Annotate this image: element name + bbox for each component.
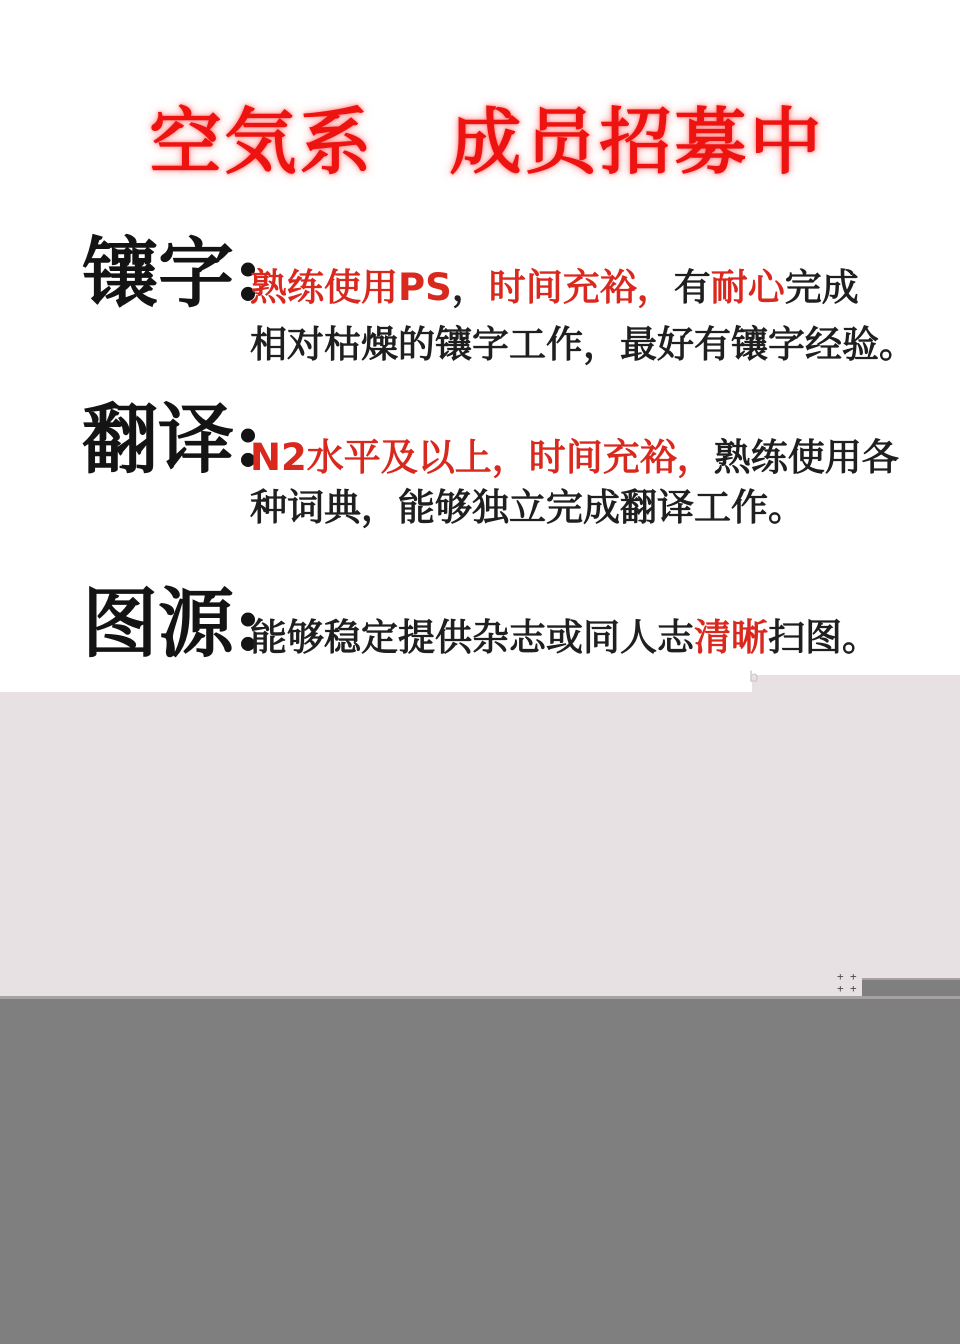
section-text-line: 能够稳定提供杂志或同人志清晰扫图。 xyxy=(250,616,879,660)
corner-mark-glyph: + xyxy=(850,972,863,982)
text-segment-black: ， xyxy=(452,266,489,309)
section-label: 镶字: xyxy=(82,236,262,312)
text-segment-red: N2水平及以上， xyxy=(250,436,529,479)
text-segment-red: 熟练使用PS xyxy=(250,266,452,309)
text-segment-red: 清晰 xyxy=(694,616,768,659)
section-text-line: 种词典，能够独立完成翻译工作。 xyxy=(250,486,805,530)
pink-block xyxy=(0,692,960,998)
text-segment-red: ， xyxy=(637,266,674,309)
text-segment-black: 扫图。 xyxy=(768,616,879,659)
text-segment-black: 完成 xyxy=(785,266,859,309)
text-segment-black: 种词典，能够独立完成翻译工作。 xyxy=(250,486,805,529)
section-label: 图源: xyxy=(82,586,262,662)
text-segment-black: 熟练使用各 xyxy=(714,436,899,479)
section-text-line: 熟练使用PS，时间充裕，有耐心完成 xyxy=(250,266,859,310)
faint-artifact-mark: b xyxy=(749,668,759,686)
section-text-line: N2水平及以上，时间充裕，熟练使用各 xyxy=(250,436,899,480)
text-segment-black: 相对枯燥的镶字工作，最好有镶字经验。 xyxy=(250,323,916,366)
corner-mark-glyph: + xyxy=(837,972,850,982)
text-segment-red: 时间充裕， xyxy=(529,436,714,479)
corner-marks: ++++ xyxy=(837,972,863,994)
poster-title: 空気系 成员招募中 xyxy=(0,84,960,188)
section-label: 翻译: xyxy=(82,402,262,478)
section-text-line: 相对枯燥的镶字工作，最好有镶字经验。 xyxy=(250,323,916,367)
gray-block xyxy=(0,996,960,1344)
poster-canvas: 空気系 成员招募中 镶字:熟练使用PS，时间充裕，有耐心完成相对枯燥的镶字工作，… xyxy=(0,0,960,1344)
text-segment-red: 时间充裕 xyxy=(489,266,637,309)
corner-mark-glyph: + xyxy=(837,984,850,994)
text-segment-red: 耐心 xyxy=(711,266,785,309)
text-segment-black: 能够稳定提供杂志或同人志 xyxy=(250,616,694,659)
corner-mark-glyph: + xyxy=(850,984,863,994)
text-segment-black: 有 xyxy=(674,266,711,309)
